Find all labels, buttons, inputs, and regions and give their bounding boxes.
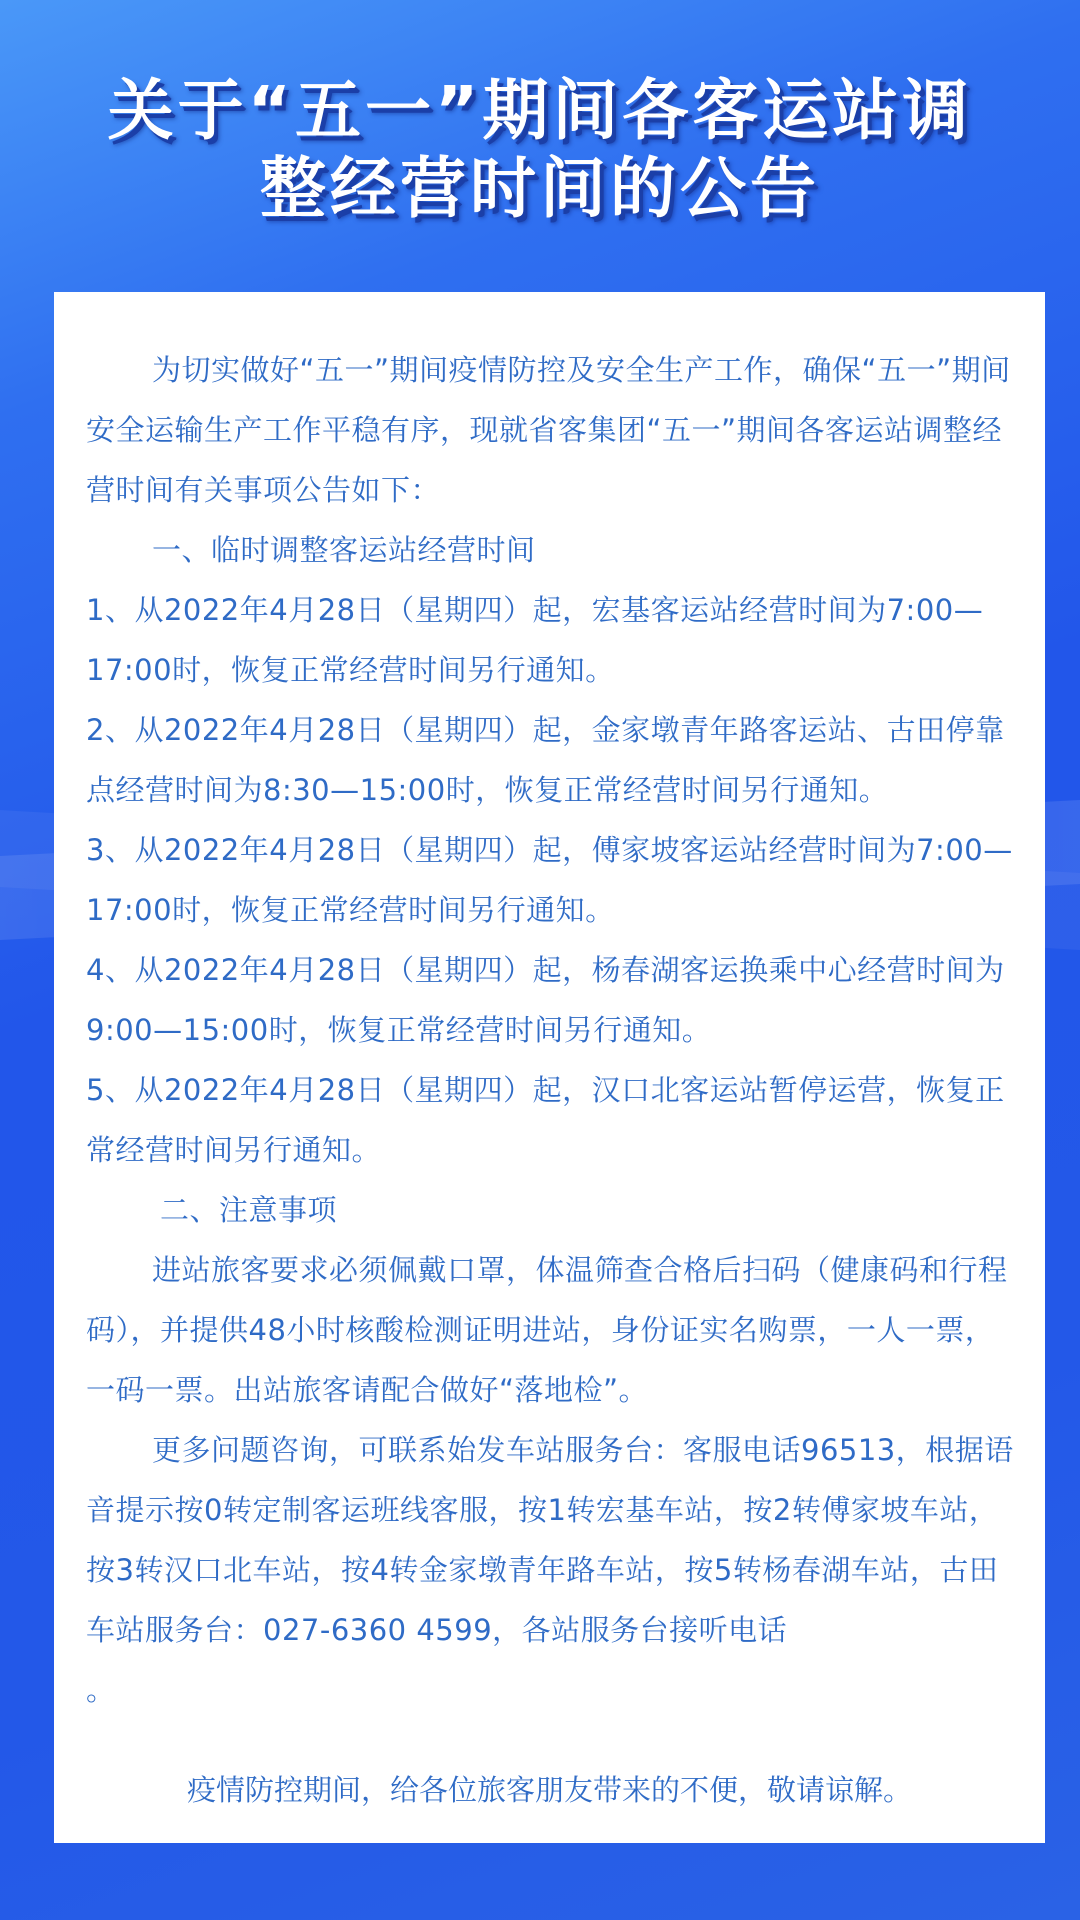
contact-paragraph-end: 。	[86, 1660, 1015, 1724]
precautions-paragraph: 进站旅客要求必须佩戴口罩，体温筛查合格后扫码（健康码和行程码），并提供48小时核…	[86, 1240, 1015, 1420]
closing-apology: 疫情防控期间，给各位旅客朋友带来的不便，敬请谅解。	[54, 1760, 1045, 1820]
schedule-item-3: 3、从2022年4月28日（星期四）起，傅家坡客运站经营时间为7:00—17:0…	[86, 820, 1015, 940]
schedule-item-1: 1、从2022年4月28日（星期四）起，宏基客运站经营时间为7:00—17:00…	[86, 580, 1015, 700]
schedule-item-5: 5、从2022年4月28日（星期四）起，汉口北客运站暂停运营，恢复正常经营时间另…	[86, 1060, 1015, 1180]
notice-title-line-1: 关于“五一”期间各客运站调	[0, 72, 1080, 150]
contact-paragraph: 更多问题咨询，可联系始发车站服务台：客服电话96513，根据语音提示按0转定制客…	[86, 1420, 1015, 1660]
intro-paragraph: 为切实做好“五一”期间疫情防控及安全生产工作，确保“五一”期间安全运输生产工作平…	[86, 340, 1015, 520]
notice-card: 为切实做好“五一”期间疫情防控及安全生产工作，确保“五一”期间安全运输生产工作平…	[54, 292, 1045, 1843]
schedule-item-4: 4、从2022年4月28日（星期四）起，杨春湖客运换乘中心经营时间为9:00—1…	[86, 940, 1015, 1060]
schedule-item-2: 2、从2022年4月28日（星期四）起，金家墩青年路客运站、古田停靠点经营时间为…	[86, 700, 1015, 820]
notice-title-line-2: 整经营时间的公告	[0, 150, 1080, 228]
section-2-heading: 二、注意事项	[86, 1180, 1015, 1240]
notice-title: 关于“五一”期间各客运站调 整经营时间的公告	[0, 72, 1080, 228]
section-1-heading: 一、临时调整客运站经营时间	[86, 520, 1015, 580]
